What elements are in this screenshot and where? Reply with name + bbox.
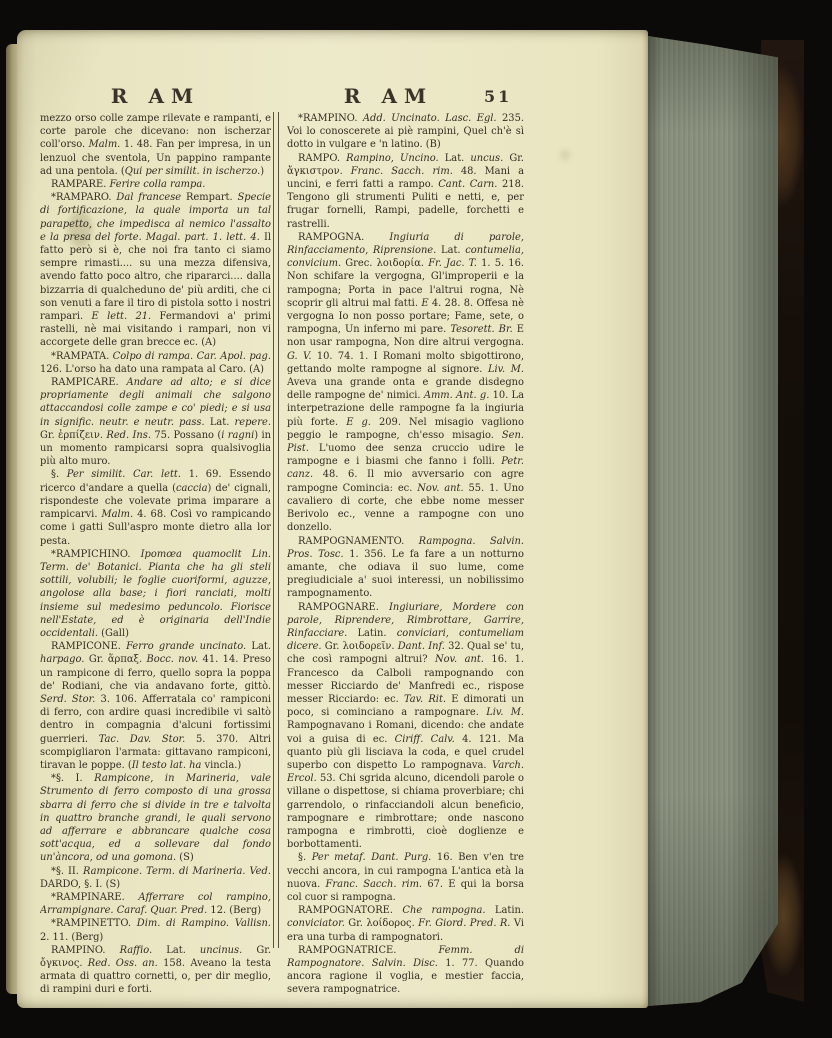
entry-paragraph: *RAMPATA. Colpo di rampa. Car. Apol. pag… — [40, 350, 271, 376]
entry-paragraph: *RAMPINARE. Afferrare col rampino, Arram… — [40, 891, 271, 917]
text-run: Fr. Giord. Pred. R. — [418, 918, 510, 929]
text-run: *RAMPINETTO. — [51, 918, 137, 929]
text-run: Franc. Sacch. rim. — [326, 879, 423, 890]
text-run: Lat. — [246, 641, 271, 652]
text-run: Tesorett. Br. — [450, 324, 512, 335]
text-run: Dim. di Rampino. Vallisn. — [137, 918, 271, 929]
photo-background: { "book_page": { "running_head_left": "R… — [0, 0, 832, 1038]
text-run: Tav. Rit. — [404, 694, 446, 705]
text-run: Nov. ant. — [435, 654, 484, 665]
text-run: 75. Possano ( — [151, 430, 221, 441]
entry-paragraph: mezzo orso colle zampe rilevate e rampan… — [40, 112, 271, 178]
column-divider — [273, 112, 279, 948]
entry-paragraph: RAMPOGNATORE. Che rampogna. Latin. convi… — [287, 904, 524, 944]
text-run: Gr. ἐρπίζειν. — [40, 430, 106, 441]
entry-paragraph: RAMPICARE. Andare ad alto; e si dice pro… — [40, 376, 271, 468]
text-run: Che rampogna. — [402, 905, 485, 916]
text-run: Per metaf. Dant. Purg. — [312, 852, 432, 863]
entry-paragraph: *§. II. Rampicone. Term. di Marineria. V… — [40, 865, 271, 891]
text-run: 12. (Berg) — [207, 905, 261, 916]
fore-edge-pages — [648, 36, 778, 1006]
entry-paragraph: *RAMPOGNEVOLE. Mordace. Vit. S. Gir. 29.… — [287, 997, 524, 998]
text-run: uncus. — [470, 153, 503, 164]
text-run: Gr. λοίδορος. — [345, 918, 418, 929]
entry-paragraph: §. Per similit. Car. lett. 1. 69. Essend… — [40, 468, 271, 547]
text-run: Grec. λοιδορία. — [341, 258, 428, 269]
entry-paragraph: RAMPARE. Ferire colla rampa. — [40, 178, 271, 191]
text-run: Fr. Jac. T. — [428, 258, 477, 269]
text-run: *RAMPARO. — [51, 192, 116, 203]
text-run: Dal francese — [116, 192, 181, 203]
text-run: Ferro grande uncinato. — [126, 641, 246, 652]
page-number: 51 — [484, 87, 512, 106]
text-run: *RAMPINO. — [298, 113, 363, 124]
text-column-right: *RAMPINO. Add. Uncinato. Lasc. Egl. 235.… — [287, 112, 524, 998]
text-run: Serd. Stor. — [40, 694, 95, 705]
text-run: RAMPOGNA. — [298, 232, 389, 243]
text-run: RAMPOGNATRICE. — [298, 945, 438, 956]
text-run: (S) — [176, 852, 194, 863]
text-run: *RAMPINARE. — [51, 892, 138, 903]
text-run: DARDO, §. I. (S) — [40, 879, 120, 890]
text-run: uncinus. — [200, 945, 242, 956]
text-run: Nov. ant. — [417, 483, 463, 494]
entry-paragraph: RAMPINO. Raffio. Lat. uncinus. Gr. ὄγκιν… — [40, 944, 271, 997]
text-run: RAMPICARE. — [51, 377, 126, 388]
text-run: (Gall) — [98, 628, 129, 639]
text-run: RAMPICONE. — [51, 641, 126, 652]
text-run: Il fatto però si è, che noi fra tanto ci… — [40, 232, 271, 322]
entry-paragraph: *RAMPINETTO. Dim. di Rampino. Vallisn. 2… — [40, 917, 271, 943]
text-run: Liv. M. — [488, 364, 524, 375]
text-run: Gr. ἅρπαξ. — [84, 654, 146, 665]
entry-paragraph: RAMPO. Rampino, Uncino. Lat. uncus. Gr. … — [287, 152, 524, 231]
text-run: vincla.) — [201, 760, 241, 771]
text-run: E lett. 21. — [92, 311, 152, 322]
text-run: Il testo lat. ha — [132, 760, 202, 771]
text-run: §. — [51, 469, 67, 480]
text-run: RAMPOGNAMENTO. — [298, 536, 419, 547]
text-run: *RAMPATA. — [51, 351, 113, 362]
text-run: G. V. — [287, 351, 312, 362]
entry-paragraph: RAMPOGNA. Ingiuria di parole, Rinfacciam… — [287, 231, 524, 535]
text-run: ) — [260, 166, 264, 177]
text-run: Malm. — [101, 509, 133, 520]
entry-paragraph: RAMPOGNAMENTO. Rampogna. Salvin. Pros. T… — [287, 535, 524, 601]
text-run: Ipomœa quamoclit Lin. Term. de' Botanici… — [40, 549, 271, 639]
text-run: Tac. Dav. Stor. — [99, 734, 186, 745]
text-run: Colpo di rampa. Car. Apol. pag. — [113, 351, 271, 362]
text-run: i ragni — [221, 430, 254, 441]
running-head-left: R AM — [40, 84, 271, 108]
text-run: RAMPARE. — [51, 179, 109, 190]
text-run: Gr. λοιδορεῖν. — [322, 641, 398, 652]
text-run: Latin. — [486, 905, 524, 916]
text-run: E g. — [346, 417, 371, 428]
entry-paragraph: RAMPICONE. Ferro grande uncinato. Lat. h… — [40, 640, 271, 772]
page-stain — [560, 150, 570, 160]
entry-paragraph: §. Per metaf. Dant. Purg. 16. Ben v'en t… — [287, 851, 524, 904]
text-run: Cant. Carn. — [438, 179, 497, 190]
text-run: Latin. — [347, 628, 396, 639]
text-run: Rampino, Uncino. — [346, 153, 439, 164]
text-run: RAMPOGNARE. — [298, 602, 389, 613]
text-run: Franc. Sacch. rim. — [351, 166, 453, 177]
text-run: RAMPOGNATORE. — [298, 905, 402, 916]
text-run: Lat. — [205, 417, 235, 428]
text-run: Rampicone. Term. di Marineria. Ved. — [83, 866, 271, 877]
text-run: Bocc. nov. — [147, 654, 199, 665]
text-run: Red. Ins. — [106, 430, 151, 441]
text-run: 2. 11. (Berg) — [40, 932, 103, 943]
text-column-left: mezzo orso colle zampe rilevate e rampan… — [40, 112, 271, 998]
text-run: Lat. — [436, 245, 465, 256]
text-run: *§. II. — [51, 866, 83, 877]
text-run: Ciriff. Calv. — [395, 734, 455, 745]
running-head-right: R AM — [270, 84, 507, 108]
text-run: Rampicone, in Marineria, vale Strumento … — [40, 773, 271, 863]
text-run: Lat. — [439, 153, 471, 164]
entry-paragraph: *RAMPINO. Add. Uncinato. Lasc. Egl. 235.… — [287, 112, 524, 152]
entry-paragraph: *RAMPARO. Dal francese Rempart. Specie d… — [40, 191, 271, 349]
text-run: caccia — [176, 483, 208, 494]
text-run: Qui per similit. in ischerzo. — [125, 166, 261, 177]
text-run: Malm. — [89, 139, 121, 150]
text-run: *RAMPICHINO. — [51, 549, 141, 560]
text-run: RAMPINO. — [51, 945, 120, 956]
text-run: Lat. — [152, 945, 200, 956]
text-run: Raffio. — [120, 945, 153, 956]
previous-page-edge — [6, 44, 17, 994]
text-run: Add. Uncinato. Lasc. Egl. — [363, 113, 497, 124]
text-run: Ferire colla rampa. — [109, 179, 205, 190]
text-run: harpago. — [40, 654, 84, 665]
text-run: 53. Chi sgrida alcuno, dicendoli parole … — [287, 773, 524, 850]
text-run: 126. L'orso ha dato una rampata al Caro.… — [40, 364, 264, 375]
text-run: conviciator. — [287, 918, 345, 929]
text-run: Rempart. — [181, 192, 237, 203]
text-run: Amm. Ant. g. — [424, 390, 490, 401]
text-run: L'uomo dee senza cruccio udire le rampog… — [287, 443, 524, 467]
entry-paragraph: RAMPOGNATRICE. Femm. di Rampognatore. Sa… — [287, 944, 524, 997]
text-run: RAMPO. — [298, 153, 346, 164]
text-run: Per similit. Car. lett. — [67, 469, 181, 480]
text-run: Red. Oss. an. — [88, 958, 158, 969]
text-run: *§. I. — [51, 773, 94, 784]
text-run: E — [421, 298, 428, 309]
entry-paragraph: *RAMPICHINO. Ipomœa quamoclit Lin. Term.… — [40, 548, 271, 640]
text-run: §. — [298, 852, 312, 863]
text-run: Dant. Inf. — [398, 641, 445, 652]
text-run: repere. — [235, 417, 271, 428]
entry-paragraph: RAMPOGNARE. Ingiuriare, Mordere con paro… — [287, 601, 524, 852]
text-run: Liv. M. — [486, 707, 524, 718]
entry-paragraph: *§. I. Rampicone, in Marineria, vale Str… — [40, 772, 271, 864]
